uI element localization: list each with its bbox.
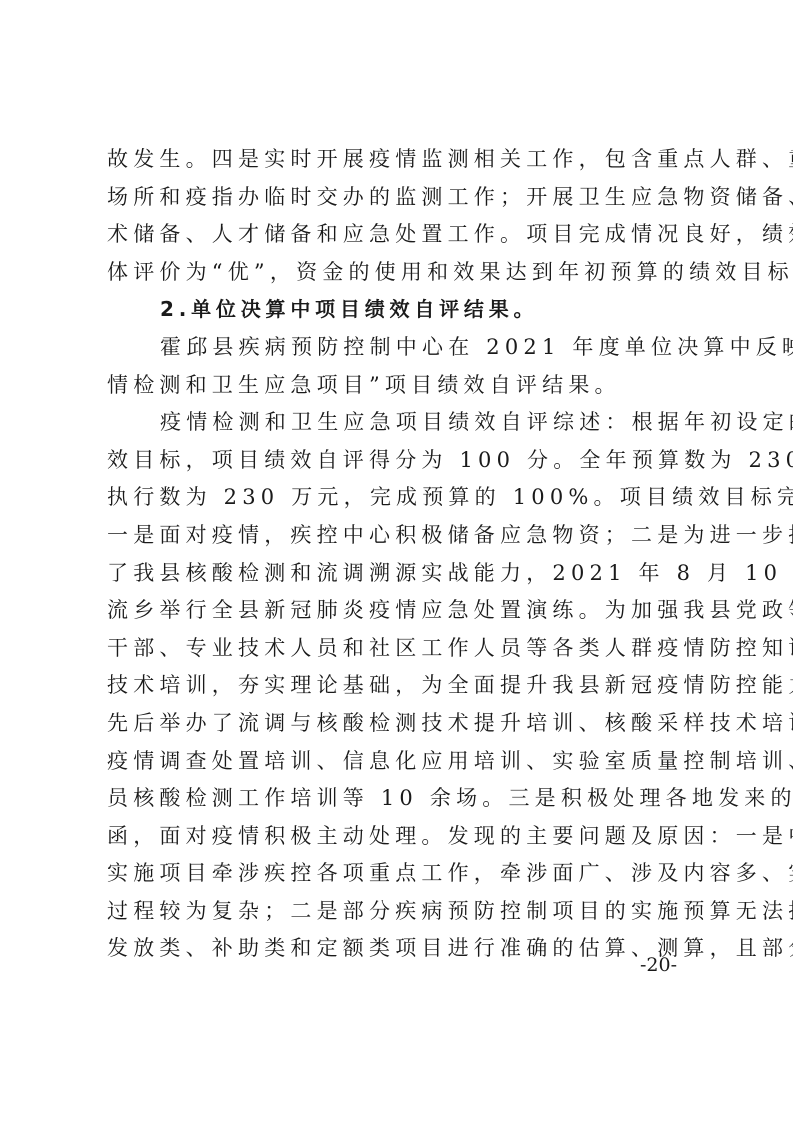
body-line: 干部、专业技术人员和社区工作人员等各类人群疫情防控知识和 [107, 630, 693, 668]
body-line: 实施项目牵涉疾控各项重点工作，牵涉面广、涉及内容多、实施 [107, 855, 693, 893]
section-heading: 2.单位决算中项目绩效自评结果。 [107, 291, 693, 329]
body-line: 情检测和卫生应急项目”项目绩效自评结果。 [107, 367, 693, 405]
body-line: 流乡举行全县新冠肺炎疫情应急处置演练。为加强我县党政领导 [107, 592, 693, 630]
body-line: 术储备、人才储备和应急处置工作。项目完成情况良好，绩效总 [107, 216, 693, 254]
page-number: -20- [640, 954, 677, 976]
body-line: 场所和疫指办临时交办的监测工作；开展卫生应急物资储备、技 [107, 179, 693, 217]
body-line: 技术培训，夯实理论基础，为全面提升我县新冠疫情防控能力， [107, 667, 693, 705]
body-line: 霍邱县疾病预防控制中心在 2021 年度单位决算中反映“疫 [107, 329, 693, 367]
body-line: 发放类、补助类和定额类项目进行准确的估算、测算，且部分项 [107, 930, 693, 968]
body-line: 函，面对疫情积极主动处理。发现的主要问题及原因：一是中心 [107, 818, 693, 856]
document-page: 故发生。四是实时开展疫情监测相关工作，包含重点人群、重点 场所和疫指办临时交办的… [107, 141, 693, 968]
body-line: 先后举办了流调与核酸检测技术提升培训、核酸采样技术培训、 [107, 705, 693, 743]
body-line: 疫情调查处置培训、信息化应用培训、实验室质量控制培训、全 [107, 743, 693, 781]
body-line: 员核酸检测工作培训等 10 余场。三是积极处理各地发来的协查 [107, 780, 693, 818]
body-line: 体评价为“优”，资金的使用和效果达到年初预算的绩效目标。 [107, 254, 693, 292]
body-line: 一是面对疫情，疾控中心积极储备应急物资；二是为进一步提升 [107, 517, 693, 555]
body-line: 过程较为复杂；二是部分疾病预防控制项目的实施预算无法按照 [107, 893, 693, 931]
body-line: 了我县核酸检测和流调溯源实战能力，2021 年 8 月 10 日，在三 [107, 555, 693, 593]
body-line: 故发生。四是实时开展疫情监测相关工作，包含重点人群、重点 [107, 141, 693, 179]
body-line: 效目标，项目绩效自评得分为 100 分。全年预算数为 230 万元， [107, 442, 693, 480]
body-line: 执行数为 230 万元，完成预算的 100%。项目绩效目标完成情况： [107, 479, 693, 517]
body-line: 疫情检测和卫生应急项目绩效自评综述：根据年初设定的绩 [107, 404, 693, 442]
